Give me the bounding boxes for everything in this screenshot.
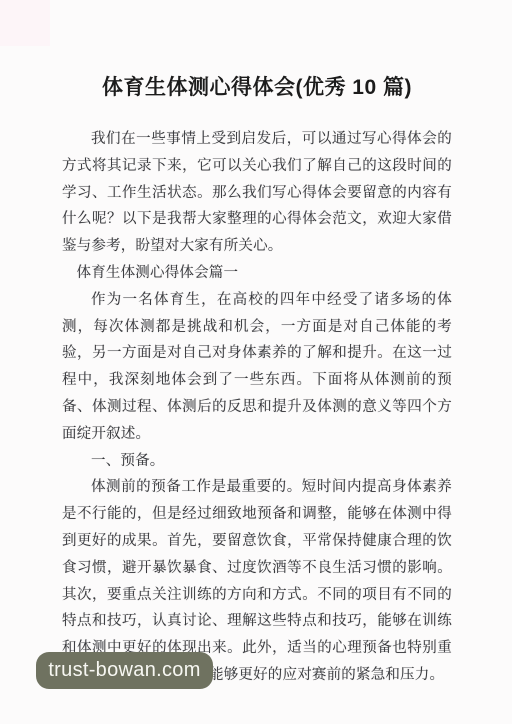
sub-heading-preparation: 一、预备。 (62, 448, 452, 475)
document-title: 体育生体测心得体会(优秀 10 篇) (62, 74, 452, 102)
page-number: - 1 - (0, 669, 512, 678)
document-content: 体育生体测心得体会(优秀 10 篇) 我们在一些事情上受到启发后，可以通过写心得… (62, 0, 452, 689)
paragraph-intro: 我们在一些事情上受到启发后，可以通过写心得体会的方式将其记录下来，它可以关心我们… (62, 126, 452, 260)
section-heading-essay-1: 体育生体测心得体会篇一 (62, 260, 452, 287)
document-page: 体育生体测心得体会(优秀 10 篇) 我们在一些事情上受到启发后，可以通过写心得… (0, 0, 512, 724)
scan-corner-artifact (0, 0, 50, 46)
paragraph-essay-overview: 作为一名体育生，在高校的四年中经受了诸多场的体测，每次体测都是挑战和机会，一方面… (62, 287, 452, 448)
